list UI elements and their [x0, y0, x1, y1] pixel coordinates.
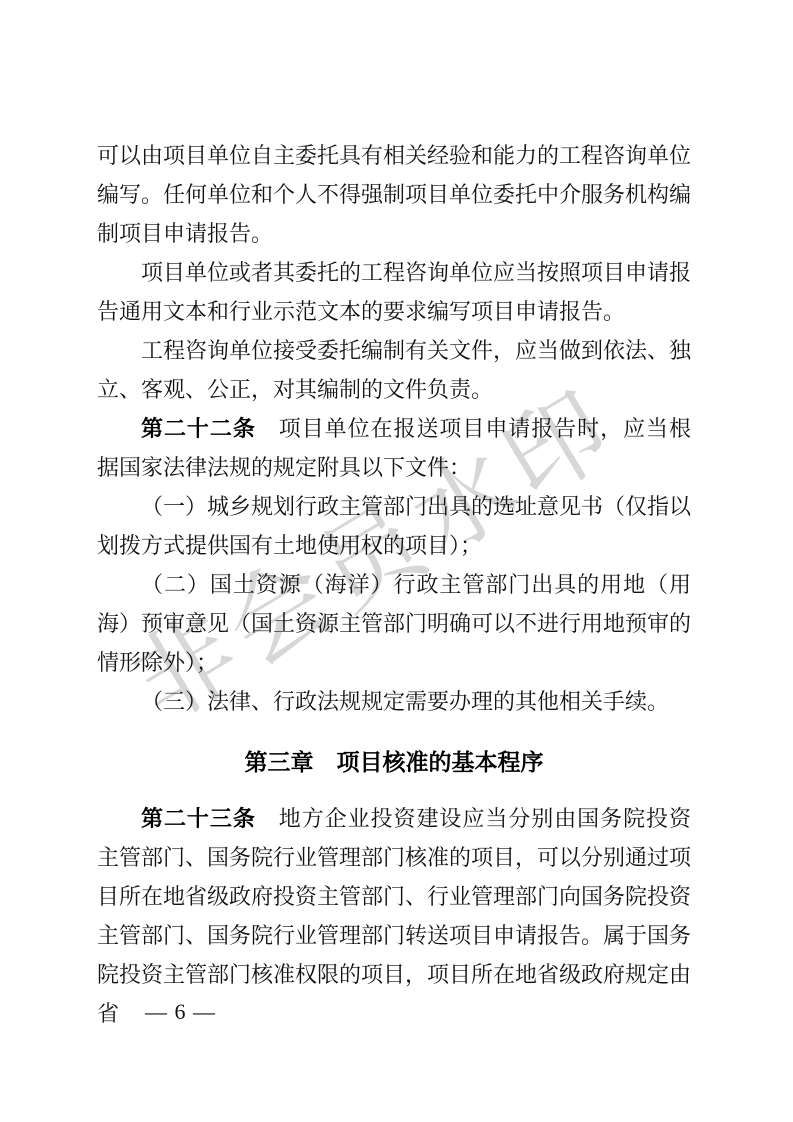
paragraph: 工程咨询单位接受委托编制有关文件，应当做到依法、独立、客观、公正，对其编制的文件… [97, 331, 691, 409]
paragraph-article-22: 第二十二条 项目单位在报送项目申请报告时，应当根据国家法律法规的规定附具以下文件… [97, 409, 691, 487]
document-body: 可以由项目单位自主委托具有相关经验和能力的工程咨询单位编写。任何单位和个人不得强… [97, 136, 691, 1033]
paragraph-article-23: 第二十三条 地方企业投资建设应当分别由国务院投资主管部门、国务院行业管理部门核准… [97, 799, 691, 1033]
article-number-label: 第二十三条 [141, 806, 256, 831]
paragraph: 项目单位或者其委托的工程咨询单位应当按照项目申请报告通用文本和行业示范文本的要求… [97, 253, 691, 331]
paragraph-list-item-3: （三）法律、行政法规规定需要办理的其他相关手续。 [97, 682, 691, 721]
paragraph-list-item-2: （二）国土资源（海洋）行政主管部门出具的用地（用海）预审意见（国土资源主管部门明… [97, 565, 691, 682]
paragraph-text: 地方企业投资建设应当分别由国务院投资主管部门、国务院行业管理部门核准的项目，可以… [97, 806, 691, 1026]
paragraph-continuation: 可以由项目单位自主委托具有相关经验和能力的工程咨询单位编写。任何单位和个人不得强… [97, 136, 691, 253]
page-number: — 6 — [145, 999, 216, 1025]
article-number-label: 第二十二条 [141, 416, 256, 441]
chapter-heading: 第三章 项目核准的基本程序 [97, 743, 691, 782]
paragraph-list-item-1: （一）城乡规划行政主管部门出具的选址意见书（仅指以划拨方式提供国有土地使用权的项… [97, 487, 691, 565]
document-page: 非会员水印 可以由项目单位自主委托具有相关经验和能力的工程咨询单位编写。任何单位… [0, 0, 793, 1122]
